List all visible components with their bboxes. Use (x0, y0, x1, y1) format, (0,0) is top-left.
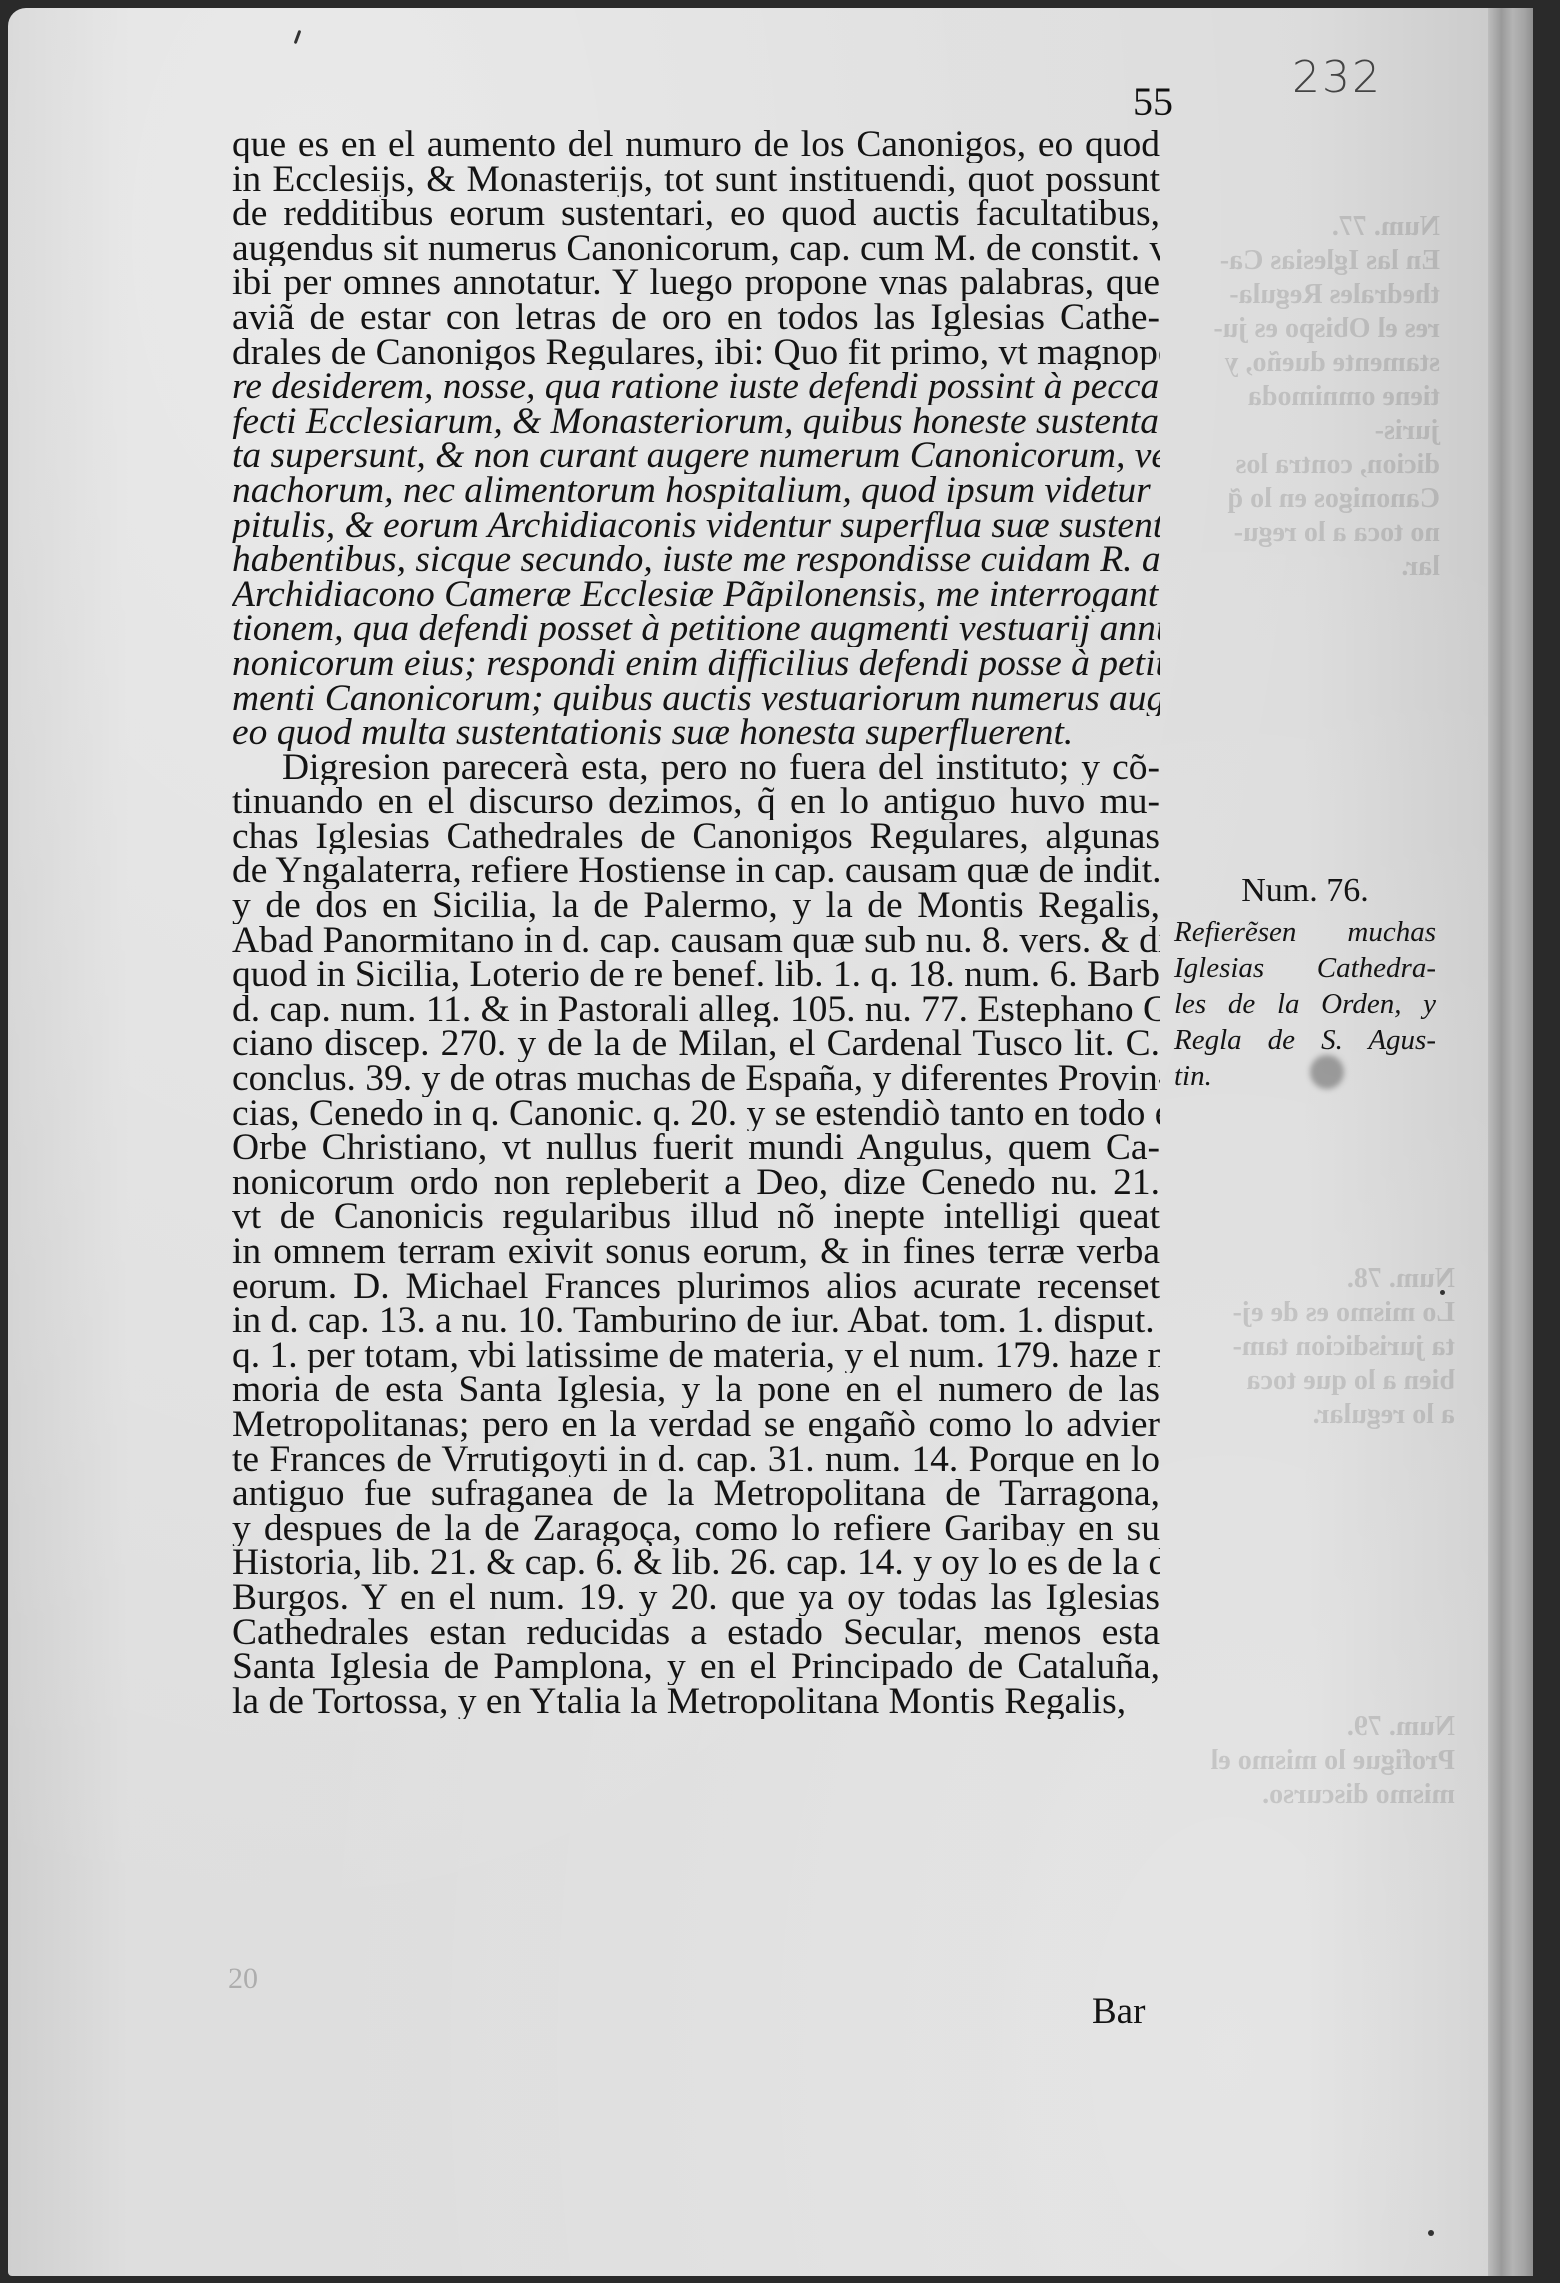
bleed-through-line: Profigue lo mismo el (1195, 1744, 1455, 1778)
bleed-through-line: En las Iglesias Ca- (1190, 244, 1440, 278)
text-line: q. 1. per totam, vbi latissime de materi… (232, 1339, 1160, 1374)
bleed-through-line: Canonigos en lo q̃ (1190, 482, 1440, 516)
marginal-gloss-line: tin. (1174, 1058, 1436, 1094)
bleed-through-line: Num. 79. (1195, 1710, 1455, 1744)
marginal-gloss-line: Regla de S. Agus- (1174, 1022, 1436, 1058)
marginal-note-gloss: Refierẽsen muchasIglesias Cathedra-les d… (1174, 914, 1436, 1094)
text-line: re desiderem, nosse, qua ratione iuste d… (232, 370, 1160, 405)
text-line: Historia, lib. 21. & cap. 6. & lib. 26. … (232, 1546, 1160, 1581)
text-line: te Frances de Vrrutigoyti in d. cap. 31.… (232, 1443, 1160, 1478)
text-line: pitulis, & eorum Archidiaconis videntur … (232, 509, 1160, 544)
bleed-through-line: dicion, contra los (1190, 448, 1440, 482)
text-line: eo quod multa sustentationis suæ honesta… (232, 716, 1160, 751)
text-line: d. cap. num. 11. & in Pastorali alleg. 1… (232, 993, 1160, 1028)
text-line: Orbe Christiano, vt nullus fuerit mundi … (232, 1131, 1160, 1166)
text-line: moria de esta Santa Iglesia, y la pone e… (232, 1373, 1160, 1408)
handwritten-folio-number: 232 (1292, 52, 1382, 103)
bleed-through-mark: 20 (228, 1962, 258, 1996)
bleed-through-line: a lo regular. (1195, 1398, 1455, 1432)
text-line: Cathedrales estan reducidas a estado Sec… (232, 1616, 1160, 1651)
text-line: ta supersunt, & non curant augere numeru… (232, 439, 1160, 474)
text-line: drales de Canonigos Regulares, ibi: Quo … (232, 336, 1160, 371)
text-line: ibi per omnes annotatur. Y luego propone… (232, 266, 1160, 301)
page-gutter-edge (1488, 8, 1533, 2276)
text-line: Burgos. Y en el num. 19. y 20. que ya oy… (232, 1581, 1160, 1616)
text-line: de redditibus eorum sustentari, eo quod … (232, 197, 1160, 232)
text-line: la de Tortossa, y en Ytalia la Metropoli… (232, 1685, 1160, 1720)
text-line: conclus. 39. y de otras muchas de España… (232, 1062, 1160, 1097)
text-line: augendus sit numerus Canonicorum, cap. c… (232, 232, 1160, 267)
text-line: Digresion parecerà esta, pero no fuera d… (232, 751, 1160, 786)
text-line: tinuando en el discurso dezimos, q̃ en l… (232, 785, 1160, 820)
text-line: habentibus, sicque secundo, iuste me res… (232, 543, 1160, 578)
marginal-note: Num. 76. Refierẽsen muchasIglesias Cathe… (1174, 872, 1436, 1094)
text-line: ciano discep. 270. y de la de Milan, el … (232, 1027, 1160, 1062)
text-line: in omnem terram exivit sonus eorum, & in… (232, 1235, 1160, 1270)
catchword: Bar (1092, 1990, 1145, 2033)
main-text-block: que es en el aumento del numuro de los C… (232, 128, 1160, 1719)
text-line: quod in Sicilia, Loterio de re benef. li… (232, 958, 1160, 993)
bleed-through-line: stamente dueño, y (1190, 346, 1440, 380)
text-line: aviã de estar con letras de oro en todos… (232, 301, 1160, 336)
marginal-gloss-line: les de la Orden, y (1174, 986, 1436, 1022)
bleed-through-line: bien a lo que toca (1195, 1364, 1455, 1398)
text-line: cias, Cenedo in q. Canonic. q. 20. y se … (232, 1097, 1160, 1132)
text-line: Santa Iglesia de Pamplona, y en el Princ… (232, 1650, 1160, 1685)
bleed-through-line: no toca a lo regu- (1190, 516, 1440, 550)
text-line: menti Canonicorum; quibus auctis vestuar… (232, 682, 1160, 717)
scanned-page-background: Num. 77.En las Iglesias Ca-thedrales Reg… (0, 0, 1560, 2283)
marginal-gloss-line: Refierẽsen muchas (1174, 914, 1436, 950)
text-line: y despues de la de Zaragoça, como lo ref… (232, 1512, 1160, 1547)
bleed-through-line: lar. (1190, 550, 1440, 584)
bleed-through-line: Lo mismo es de ej- (1195, 1296, 1455, 1330)
text-line: eorum. D. Michael Frances plurimos alios… (232, 1270, 1160, 1305)
text-line: Abad Panormitano in d. cap. causam quæ s… (232, 924, 1160, 959)
text-line: nonicorum eius; respondi enim difficiliu… (232, 647, 1160, 682)
text-line: y de dos en Sicilia, la de Palermo, y la… (232, 889, 1160, 924)
ink-stain (1310, 1055, 1344, 1089)
text-line: vt de Canonicis regularibus illud nõ ine… (232, 1200, 1160, 1235)
bleed-through-note-top: Num. 77.En las Iglesias Ca-thedrales Reg… (1190, 210, 1440, 584)
bleed-through-line: tiene omnimoda juris- (1190, 380, 1440, 448)
paper-speck (1440, 1290, 1445, 1295)
text-line: in d. cap. 13. a nu. 10. Tamburino de iu… (232, 1304, 1160, 1339)
bleed-through-note-bottom: Num. 79.Profigue lo mismo elmismo discur… (1195, 1710, 1455, 1812)
page-number: 55 (1133, 78, 1173, 125)
text-line: antiguo fue sufraganea de la Metropolita… (232, 1477, 1160, 1512)
text-line: que es en el aumento del numuro de los C… (232, 128, 1160, 163)
text-line: in Ecclesijs, & Monasterijs, tot sunt in… (232, 163, 1160, 198)
bleed-through-line: ta jurisdicion tam- (1195, 1330, 1455, 1364)
marginal-gloss-line: Iglesias Cathedra- (1174, 950, 1436, 986)
marginal-note-number: Num. 76. (1174, 872, 1436, 910)
text-line: Archidiacono Cameræ Ecclesiæ Pãpilonensi… (232, 578, 1160, 613)
bleed-through-line: thedrales Regula- (1190, 278, 1440, 312)
text-line: nachorum, nec alimentorum hospitalium, q… (232, 474, 1160, 509)
text-line: tionem, qua defendi posset à petitione a… (232, 612, 1160, 647)
text-line: de Yngalaterra, refiere Hostiense in cap… (232, 854, 1160, 889)
bleed-through-note-middle: Num. 78.Lo mismo es de ej-ta jurisdicion… (1195, 1262, 1455, 1432)
bleed-through-line: mismo discurso. (1195, 1778, 1455, 1812)
text-line: fecti Ecclesiarum, & Monasteriorum, quib… (232, 405, 1160, 440)
text-line: nonicorum ordo non repleberit a Deo, diz… (232, 1166, 1160, 1201)
paper-speck (1428, 2230, 1434, 2236)
bleed-through-line: Num. 78. (1195, 1262, 1455, 1296)
text-line: Metropolitanas; pero en la verdad se eng… (232, 1408, 1160, 1443)
text-line: chas Iglesias Cathedrales de Canonigos R… (232, 820, 1160, 855)
bleed-through-line: Num. 77. (1190, 210, 1440, 244)
bleed-through-line: res el Obispo es ju- (1190, 312, 1440, 346)
